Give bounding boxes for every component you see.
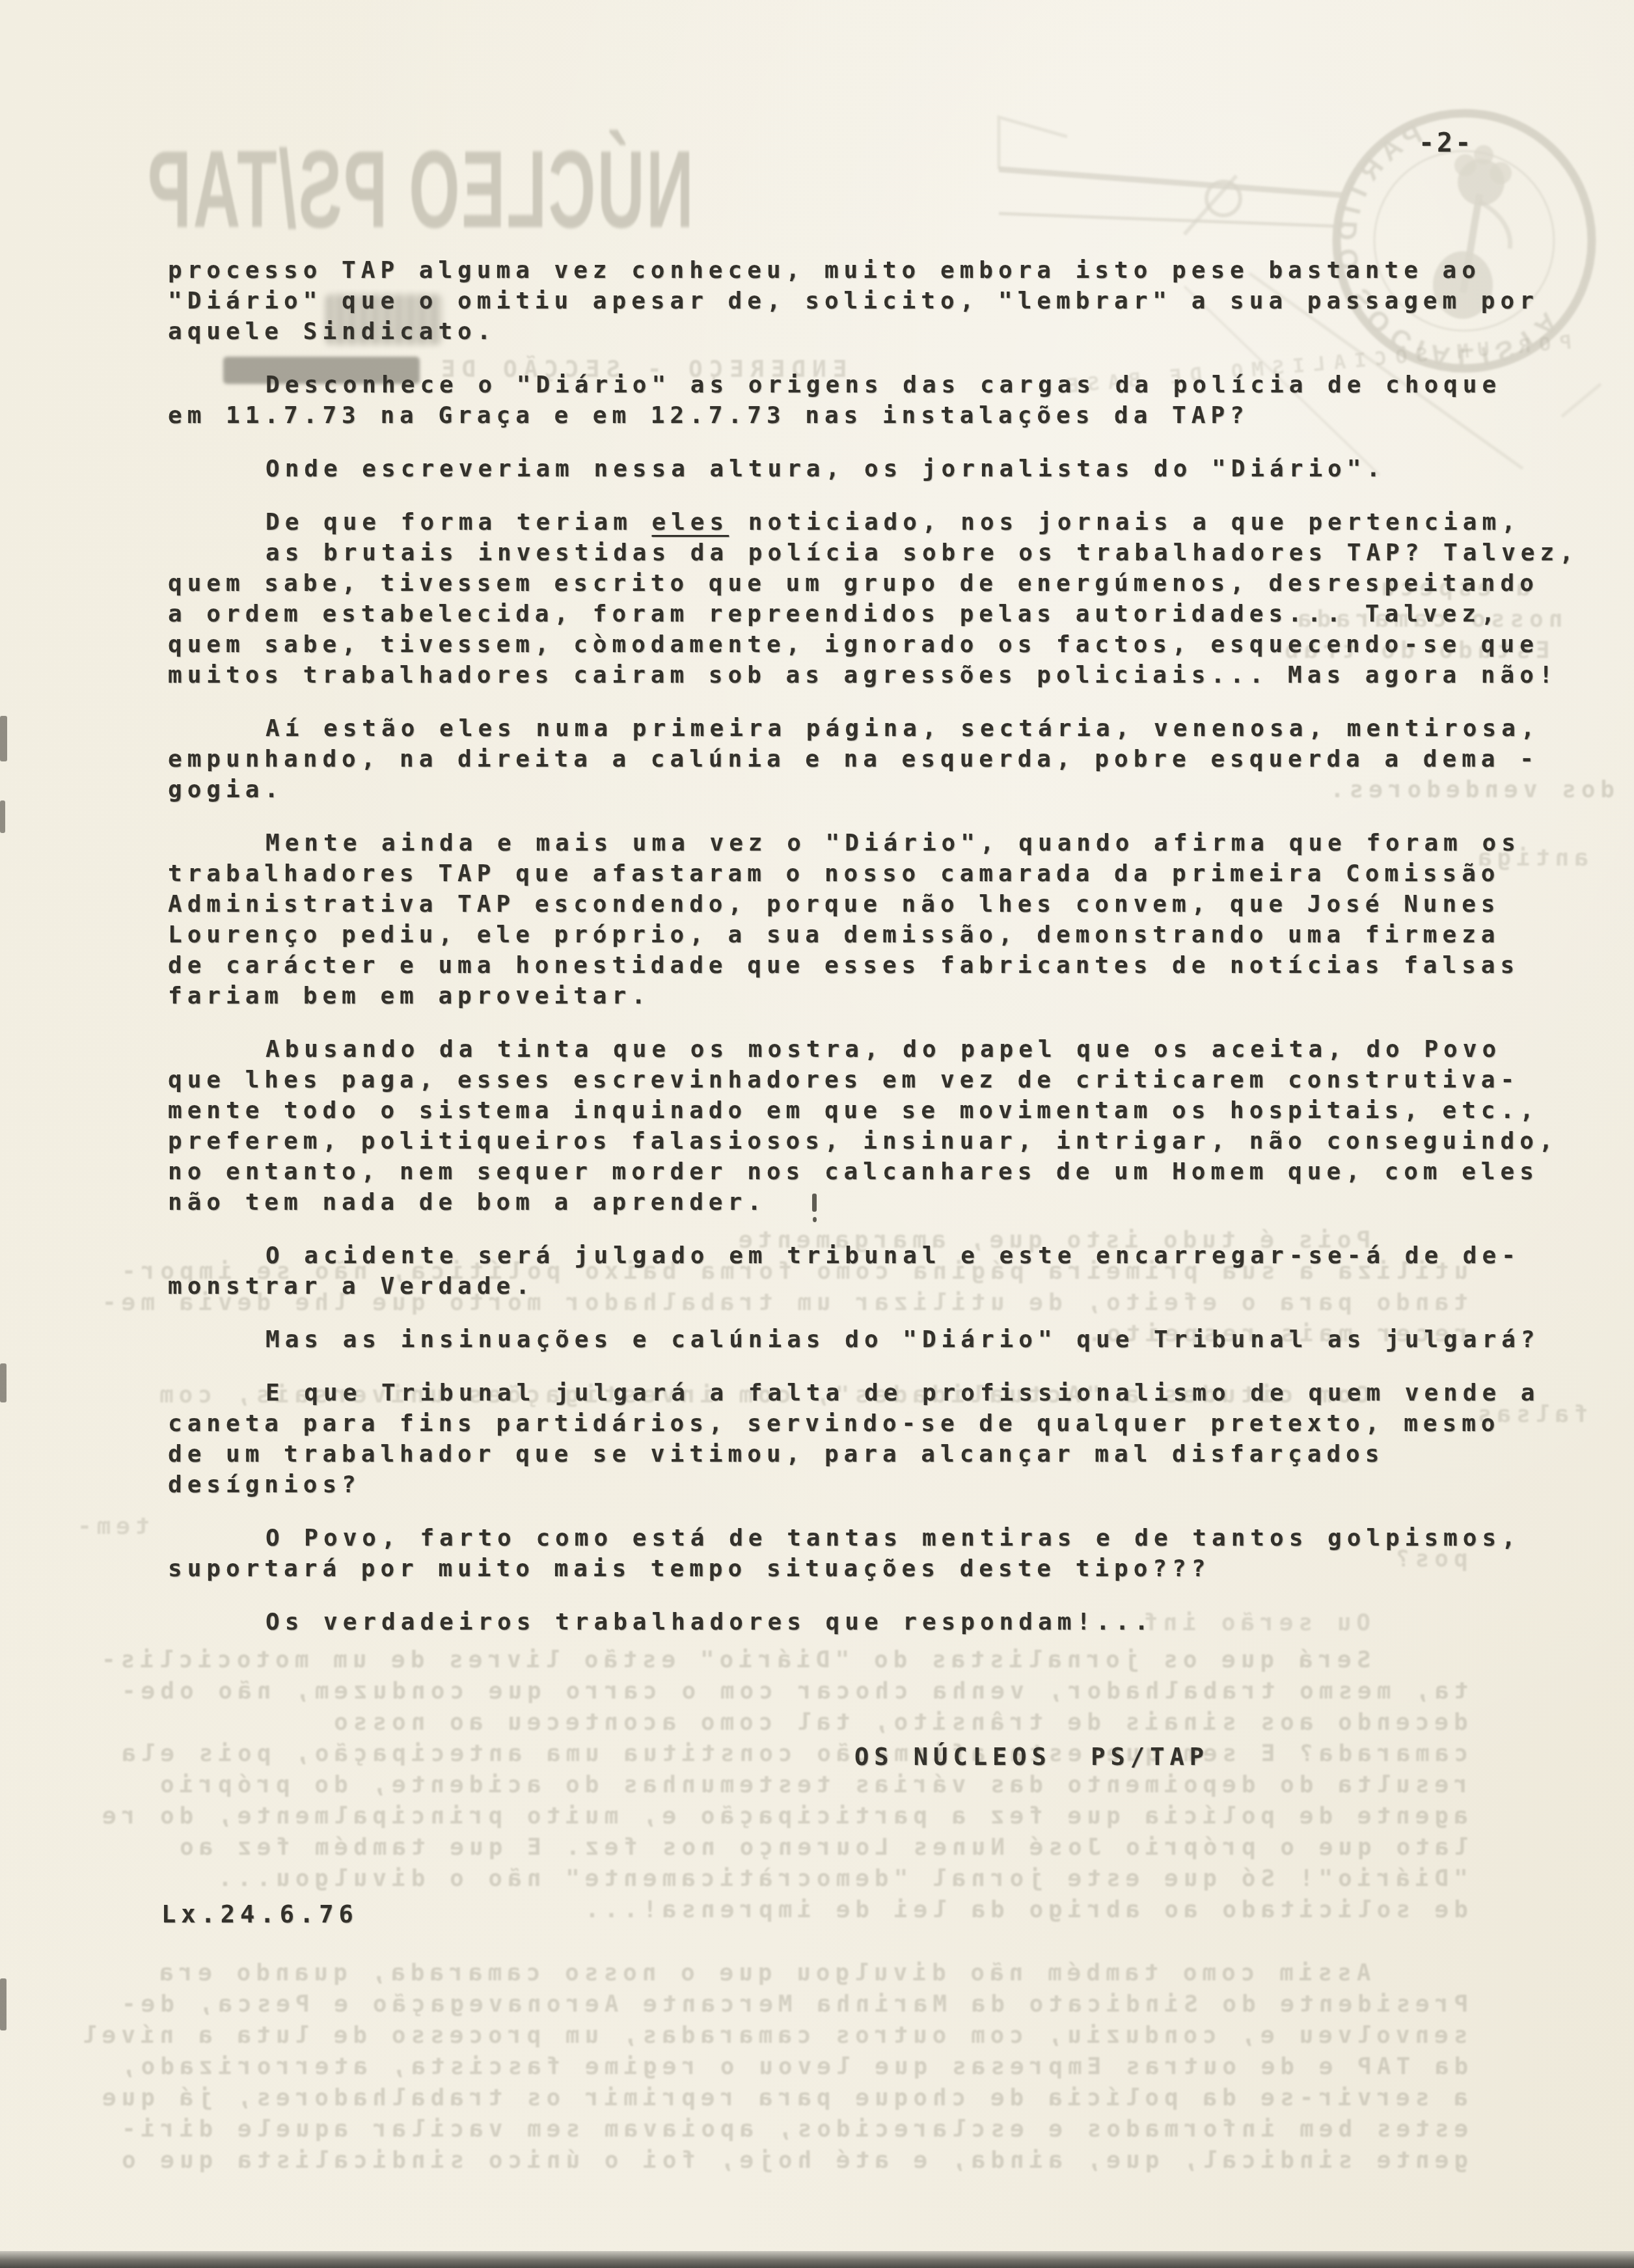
scan-edge-artifact: [0, 800, 5, 833]
paragraph: Aí estão eles numa primeira página, sect…: [168, 713, 1593, 805]
paragraph: Abusando da tinta que os mostra, do pape…: [168, 1034, 1593, 1218]
scan-edge-artifact: [0, 1978, 7, 2030]
paragraph: Mente ainda e mais uma vez o "Diário", q…: [168, 828, 1593, 1011]
paragraph-lead: De que forma teriam: [266, 509, 651, 536]
scan-edge-bottom: [0, 2251, 1634, 2268]
signature: OS NÚCLEOS PS/TAP: [854, 1742, 1593, 1772]
bleed-line: a servir-se da polícia de choque para re…: [97, 2083, 1468, 2114]
bleed-line: gente sindical, que, ainda, e até hoje, …: [116, 2145, 1468, 2176]
paragraph: Mas as insinuações e calúnias do "Diário…: [168, 1324, 1593, 1355]
paragraph: processo TAP alguma vez conheceu, muito …: [168, 255, 1593, 347]
page-number: -2-: [1419, 129, 1473, 157]
bleed-line: Assim como também não divulgou que o nos…: [154, 1958, 1370, 1989]
bleed-line: da TAP e de outras Empresas que levou o …: [116, 2051, 1468, 2083]
paragraph: Os verdadeiros trabalhadores que respond…: [168, 1607, 1593, 1637]
bleed-line: estes bem informados e esclarecidos, apo…: [116, 2114, 1468, 2145]
paragraph: Desconhece o "Diário" as origens das car…: [168, 370, 1593, 431]
ink-artifact: [812, 1194, 817, 1212]
paragraph: E que Tribunal julgará a falta de profis…: [168, 1378, 1593, 1500]
paragraph-body: as brutais investidas da polícia sobre o…: [168, 538, 1593, 690]
paragraph: O acidente será julgado em tribunal e es…: [168, 1240, 1593, 1302]
scanned-document-page: NÚCLEO PS/TAP ENDEREÇO - SECÇÃO DE: [0, 0, 1634, 2268]
underlined-word: eles: [651, 509, 729, 536]
paragraph: Onde escreveriam nessa altura, os jornal…: [168, 454, 1593, 484]
typed-text-body: processo TAP alguma vez conheceu, muito …: [168, 255, 1593, 1930]
paragraph-lead-rest: noticiado, nos jornais a que pertenciam,: [729, 509, 1521, 536]
bleed-masthead-title: NÚCLEO PS/TAP: [131, 128, 709, 251]
dateline: Lx.24.6.76: [161, 1899, 1593, 1930]
bleed-line: senvolveu e, conduziu, com outros camara…: [77, 2020, 1468, 2051]
bleed-text: tem-: [72, 1511, 150, 1542]
paragraph: O Povo, farto como está de tantas mentir…: [168, 1523, 1593, 1584]
scan-edge-artifact: [0, 1363, 7, 1402]
bleed-line: Presidente do Sindicato da Marinha Merca…: [116, 1989, 1468, 2020]
scan-edge-artifact: [0, 716, 7, 761]
paragraph: De que forma teriam eles noticiado, nos …: [168, 507, 1593, 690]
